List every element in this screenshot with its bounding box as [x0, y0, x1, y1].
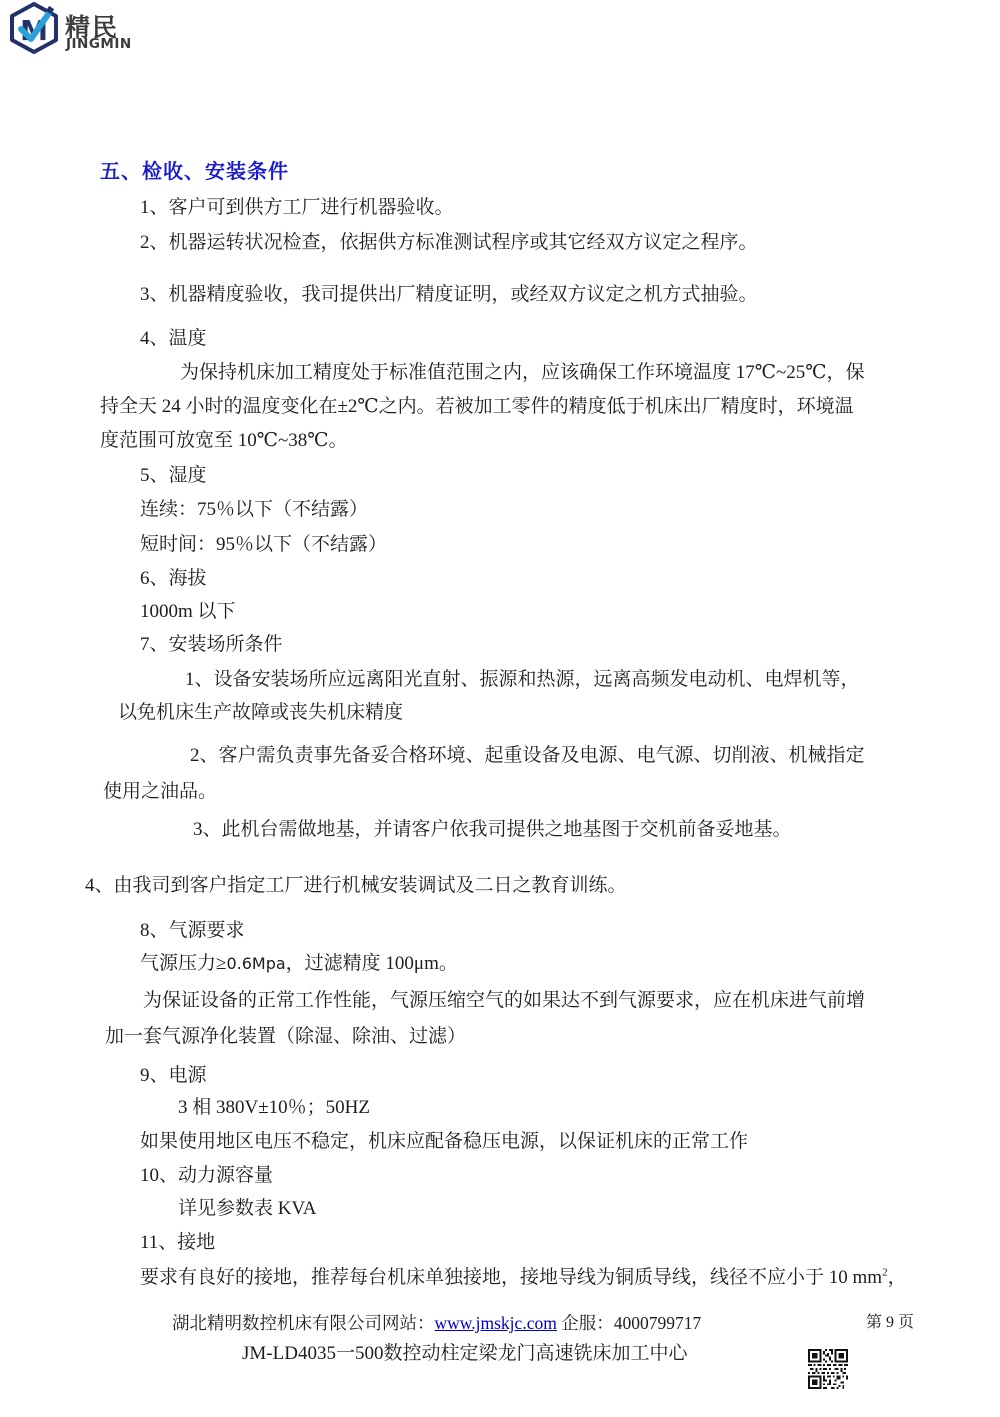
- doc-line-acceptance-3: 3、机器精度验收，我司提供出厂精度证明，或经双方议定之机方式抽验。: [140, 283, 758, 307]
- doc-line-capacity-title: 10、动力源容量: [140, 1164, 273, 1188]
- doc-line-temperature-p1: 为保持机床加工精度处于标准值范围之内，应该确保工作环境温度 17℃~25℃，保: [180, 361, 865, 385]
- footer-service-number: 企服：4000799717: [557, 1313, 701, 1333]
- grounding-comma: ，: [888, 1267, 907, 1288]
- doc-line-grounding-title: 11、接地: [140, 1231, 215, 1255]
- doc-line-humidity-short: 短时间：95％以下（不结露）: [140, 533, 387, 557]
- air-pressure-value: 0.6Mpa: [226, 954, 285, 973]
- doc-line-altitude-title: 6、海拔: [140, 567, 207, 591]
- doc-line-altitude-value: 1000m 以下: [140, 600, 236, 624]
- doc-line-acceptance-2: 2、机器运转状况检查，依据供方标准测试程序或其它经双方议定之程序。: [140, 231, 758, 255]
- doc-line-humidity-continuous: 连续：75％以下（不结露）: [140, 498, 368, 522]
- footer-company-prefix: 湖北精明数控机床有限公司网站：: [172, 1313, 435, 1333]
- doc-line-air-title: 8、气源要求: [140, 919, 245, 943]
- air-pressure-prefix: 气源压力≥: [140, 953, 226, 974]
- doc-line-temperature-p3: 度范围可放宽至 10℃~38℃。: [100, 429, 348, 453]
- hexagon-m-check-icon: M: [8, 2, 60, 54]
- doc-line-power-spec: 3 相 380V±10％；50HZ: [178, 1096, 370, 1120]
- footer-company-line: 湖北精明数控机床有限公司网站：www.jmskjc.com 企服：4000799…: [172, 1310, 701, 1335]
- logo-en-text: JINGMIN: [66, 36, 132, 52]
- doc-line-site-3: 3、此机台需做地基，并请客户依我司提供之地基图于交机前备妥地基。: [193, 818, 792, 842]
- doc-line-acceptance-1: 1、客户可到供方工厂进行机器验收。: [140, 196, 454, 220]
- footer-website-link[interactable]: www.jmskjc.com: [435, 1313, 557, 1333]
- footer-product-title: JM-LD4035一500数控动柱定梁龙门高速铣床加工中心: [242, 1338, 687, 1365]
- doc-line-power-note: 如果使用地区电压不稳定，机床应配备稳压电源，以保证机床的正常工作: [140, 1130, 748, 1154]
- doc-line-site-1b: 以免机床生产故障或丧失机床精度: [118, 701, 403, 725]
- doc-line-site-title: 7、安装场所条件: [140, 633, 283, 657]
- qr-code: [808, 1348, 848, 1390]
- doc-line-air-p2: 加一套气源净化装置（除湿、除油、过滤）: [105, 1025, 466, 1049]
- footer-page-number: 第 9 页: [866, 1309, 914, 1332]
- doc-line-site-1a: 1、设备安装场所应远离阳光直射、振源和热源，远离高频发电动机、电焊机等，: [185, 668, 860, 692]
- doc-line-capacity-value: 详见参数表 KVA: [178, 1197, 316, 1221]
- doc-line-temperature-p2: 持全天 24 小时的温度变化在±2℃之内。若被加工零件的精度低于机床出厂精度时，…: [100, 395, 854, 419]
- grounding-text: 要求有良好的接地，推荐每台机床单独接地，接地导线为铜质导线，线径不应小于 10 …: [140, 1267, 882, 1288]
- air-pressure-suffix: ，过滤精度 100μm。: [286, 953, 458, 974]
- doc-line-install-training: 4、由我司到客户指定工厂进行机械安装调试及二日之教育训练。: [85, 874, 627, 898]
- section-heading: 五、检收、安装条件: [100, 155, 289, 184]
- doc-line-humidity-title: 5、湿度: [140, 464, 207, 488]
- doc-line-power-title: 9、电源: [140, 1064, 207, 1088]
- doc-line-temperature-title: 4、温度: [140, 327, 207, 351]
- doc-line-air-p1: 为保证设备的正常工作性能，气源压缩空气的如果达不到气源要求，应在机床进气前增: [143, 989, 865, 1013]
- doc-line-site-2a: 2、客户需负责事先备妥合格环境、起重设备及电源、电气源、切削液、机械指定: [190, 744, 865, 768]
- doc-line-grounding-spec: 要求有良好的接地，推荐每台机床单独接地，接地导线为铜质导线，线径不应小于 10 …: [140, 1266, 907, 1290]
- logo: M 精民 JINGMIN: [8, 2, 208, 56]
- doc-line-air-pressure: 气源压力≥0.6Mpa，过滤精度 100μm。: [140, 952, 458, 976]
- document-page: M 精民 JINGMIN 五、检收、安装条件 1、客户可到供方工厂进行机器验收。…: [0, 0, 1000, 1417]
- doc-line-site-2b: 使用之油品。: [103, 780, 217, 804]
